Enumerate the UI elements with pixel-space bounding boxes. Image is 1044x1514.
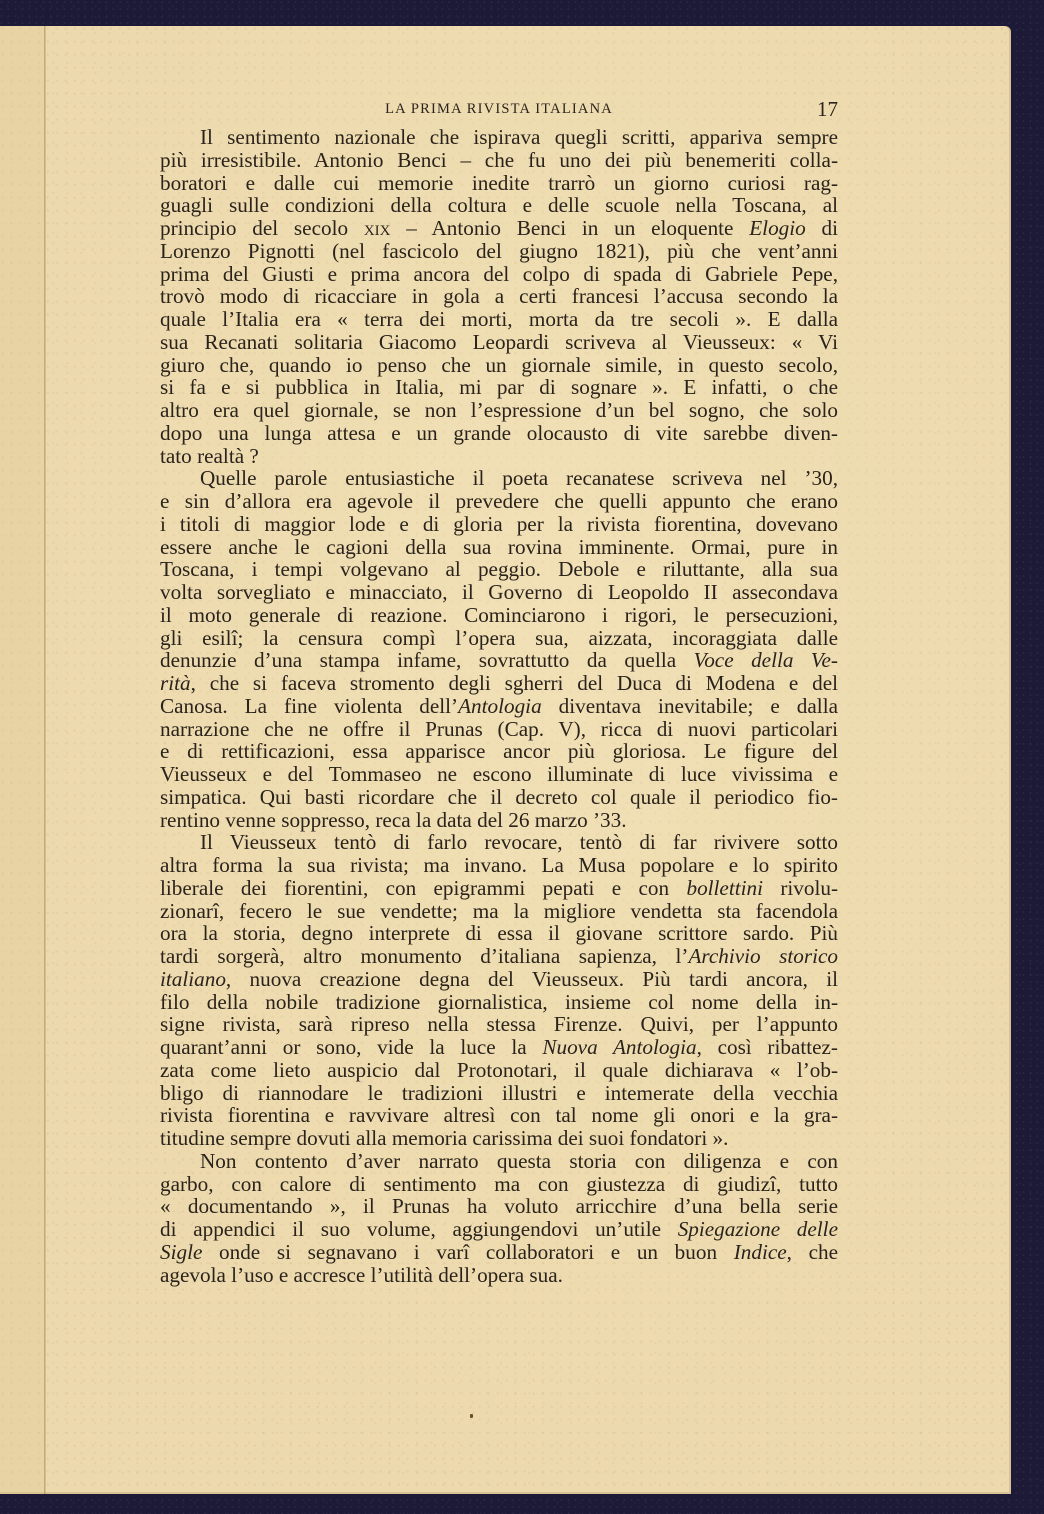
text-segment: Non contento d’aver narrato questa stori… — [200, 1149, 838, 1173]
text-segment: quarant’anni or sono, vide la luce la — [160, 1035, 542, 1059]
text-segment: boratori e dalle cui memorie inedite tra… — [160, 171, 838, 195]
text-line: signe rivista, sarà ripreso nella stessa… — [160, 1013, 838, 1036]
text-segment: rivista fiorentina e ravvivare altresì c… — [160, 1103, 838, 1127]
text-line: di appendici il suo volume, aggiungendov… — [160, 1218, 838, 1241]
text-segment: più irresistibile. Antonio Benci – che f… — [160, 148, 838, 172]
text-segment: gli esilî; la censura compì l’opera sua,… — [160, 626, 838, 650]
text-line: italiano, nuova creazione degna del Vieu… — [160, 968, 838, 991]
text-segment: quale l’Italia era « terra dei morti, mo… — [160, 307, 838, 331]
text-segment: bligo di riannodare le tradizioni illust… — [160, 1081, 838, 1105]
text-line: tato realtà ? — [160, 445, 838, 468]
italic-text: italiano — [160, 967, 226, 991]
text-line: Lorenzo Pignotti (nel fascicolo del giug… — [160, 240, 838, 263]
text-segment: « documentando », il Prunas ha voluto ar… — [160, 1194, 838, 1218]
text-line: quale l’Italia era « terra dei morti, mo… — [160, 308, 838, 331]
ink-speck — [470, 1414, 473, 1418]
running-head: LA PRIMA RIVISTA ITALIANA 17 — [160, 95, 838, 125]
text-line: Il sentimento nazionale che ispirava que… — [160, 126, 838, 149]
text-line: narrazione che ne offre il Prunas (Cap. … — [160, 718, 838, 741]
text-segment: rentino venne soppresso, reca la data de… — [160, 808, 627, 832]
text-line: gli esilî; la censura compì l’opera sua,… — [160, 627, 838, 650]
text-segment: Vieusseux e del Tommaseo ne escono illum… — [160, 762, 838, 786]
text-line: dopo una lunga attesa e un grande olocau… — [160, 422, 838, 445]
text-line: tardi sorgerà, altro monumento d’italian… — [160, 945, 838, 968]
paragraph: Il sentimento nazionale che ispirava que… — [160, 126, 838, 467]
text-line: Quelle parole entusiastiche il poeta rec… — [160, 467, 838, 490]
text-segment: liberale dei fiorentini, con epigrammi p… — [160, 876, 686, 900]
text-segment: principio del secolo — [160, 216, 364, 240]
text-segment: , che si faceva stromento degli sgherri … — [191, 671, 838, 695]
text-segment: denunzie d’una stampa infame, sovrattutt… — [160, 648, 694, 672]
text-line: rivista fiorentina e ravvivare altresì c… — [160, 1104, 838, 1127]
text-segment: zionarî, fecero le sue vendette; ma la m… — [160, 899, 838, 923]
text-segment: e sin d’allora era agevole il prevedere … — [160, 489, 838, 513]
italic-text: Indice — [734, 1240, 787, 1264]
text-segment: essere anche le cagioni della sua rovina… — [160, 535, 838, 559]
text-segment: onde si segnavano i varî collaboratori e… — [202, 1240, 733, 1264]
italic-text: Archivio storico — [688, 944, 838, 968]
italic-text: Spiegazione delle — [678, 1217, 838, 1241]
text-line: « documentando », il Prunas ha voluto ar… — [160, 1195, 838, 1218]
text-segment: Toscana, i tempi volgevano al peggio. De… — [160, 557, 838, 581]
italic-text: Antologia — [458, 694, 542, 718]
text-segment: di appendici il suo volume, aggiungendov… — [160, 1217, 678, 1241]
text-segment: , nuova creazione degna del Vieusseux. P… — [226, 967, 838, 991]
text-segment: narrazione che ne offre il Prunas (Cap. … — [160, 717, 838, 741]
text-segment: il moto generale di reazione. Cominciaro… — [160, 603, 838, 627]
text-line: il moto generale di reazione. Cominciaro… — [160, 604, 838, 627]
text-line: giuro che, quando io penso che un giorna… — [160, 354, 838, 377]
italic-text: Voce della Ve- — [694, 648, 838, 672]
text-segment: altra forma la sua rivista; ma invano. L… — [160, 853, 838, 877]
italic-text: bollettini — [686, 876, 763, 900]
text-segment: tardi sorgerà, altro monumento d’italian… — [160, 944, 688, 968]
text-segment: agevola l’uso e accresce l’utilità dell’… — [160, 1263, 563, 1287]
text-line: sua Recanati solitaria Giacomo Leopardi … — [160, 331, 838, 354]
text-segment: , così ribattez- — [697, 1035, 838, 1059]
text-line: e di rettificazioni, essa apparisce anco… — [160, 740, 838, 763]
text-line: bligo di riannodare le tradizioni illust… — [160, 1082, 838, 1105]
text-line: liberale dei fiorentini, con epigrammi p… — [160, 877, 838, 900]
text-segment: diventava inevitabile; e dalla — [542, 694, 838, 718]
text-segment: titudine sempre dovuti alla memoria cari… — [160, 1126, 728, 1150]
text-segment: e di rettificazioni, essa apparisce anco… — [160, 739, 838, 763]
italic-text: Nuova Antologia — [542, 1035, 696, 1059]
text-line: boratori e dalle cui memorie inedite tra… — [160, 172, 838, 195]
text-line: filo della nobile tradizione giornalisti… — [160, 991, 838, 1014]
text-segment: , che — [787, 1240, 838, 1264]
text-line: zata come lieto auspicio dal Protonotari… — [160, 1059, 838, 1082]
text-segment: – Antonio Benci in un eloquente — [391, 216, 750, 240]
text-line: rità, che si faceva stromento degli sghe… — [160, 672, 838, 695]
italic-text: Sigle — [160, 1240, 202, 1264]
text-line: guagli sulle condizioni della coltura e … — [160, 194, 838, 217]
text-segment: garbo, con calore di sentimento ma con g… — [160, 1172, 838, 1196]
text-line: essere anche le cagioni della sua rovina… — [160, 536, 838, 559]
text-line: agevola l’uso e accresce l’utilità dell’… — [160, 1264, 838, 1287]
paragraph: Non contento d’aver narrato questa stori… — [160, 1150, 838, 1287]
text-line: si fa e si pubblica in Italia, mi par di… — [160, 376, 838, 399]
text-line: denunzie d’una stampa infame, sovrattutt… — [160, 649, 838, 672]
text-segment: sua Recanati solitaria Giacomo Leopardi … — [160, 330, 838, 354]
text-line: volta sorvegliato e minacciato, il Gover… — [160, 581, 838, 604]
text-line: trovò modo di ricacciare in gola a certi… — [160, 285, 838, 308]
text-line: Toscana, i tempi volgevano al peggio. De… — [160, 558, 838, 581]
paragraph: Il Vieusseux tentò di farlo revocare, te… — [160, 831, 838, 1150]
text-segment: tato realtà ? — [160, 444, 259, 468]
text-segment: giuro che, quando io penso che un giorna… — [160, 353, 838, 377]
italic-text: Elogio — [749, 216, 806, 240]
text-line: zionarî, fecero le sue vendette; ma la m… — [160, 900, 838, 923]
text-segment: i titoli di maggior lode e di gloria per… — [160, 512, 838, 536]
text-line: e sin d’allora era agevole il prevedere … — [160, 490, 838, 513]
text-line: altra forma la sua rivista; ma invano. L… — [160, 854, 838, 877]
text-segment: filo della nobile tradizione giornalisti… — [160, 990, 838, 1014]
text-segment: Canosa. La fine violenta dell’ — [160, 694, 458, 718]
text-segment: signe rivista, sarà ripreso nella stessa… — [160, 1012, 838, 1036]
text-segment: guagli sulle condizioni della coltura e … — [160, 193, 838, 217]
text-segment: di — [806, 216, 838, 240]
text-segment: volta sorvegliato e minacciato, il Gover… — [160, 580, 838, 604]
italic-text: rità — [160, 671, 191, 695]
text-line: Il Vieusseux tentò di farlo revocare, te… — [160, 831, 838, 854]
page-number: 17 — [817, 97, 838, 122]
text-line: Non contento d’aver narrato questa stori… — [160, 1150, 838, 1173]
text-segment: zata come lieto auspicio dal Protonotari… — [160, 1058, 838, 1082]
text-line: garbo, con calore di sentimento ma con g… — [160, 1173, 838, 1196]
body-text: Il sentimento nazionale che ispirava que… — [160, 126, 838, 1286]
text-line: quarant’anni or sono, vide la luce la Nu… — [160, 1036, 838, 1059]
text-segment: Il Vieusseux tentò di farlo revocare, te… — [200, 830, 838, 854]
text-segment: Quelle parole entusiastiche il poeta rec… — [200, 466, 838, 490]
text-line: Vieusseux e del Tommaseo ne escono illum… — [160, 763, 838, 786]
text-segment: dopo una lunga attesa e un grande olocau… — [160, 421, 838, 445]
text-segment: prima del Giusti e prima ancora del colp… — [160, 262, 838, 286]
text-segment: simpatica. Qui basti ricordare che il de… — [160, 785, 838, 809]
text-line: rentino venne soppresso, reca la data de… — [160, 809, 838, 832]
paragraph: Quelle parole entusiastiche il poeta rec… — [160, 467, 838, 831]
text-line: altro era quel giornale, se non l’espres… — [160, 399, 838, 422]
facing-page-edge — [0, 26, 44, 1494]
text-segment: si fa e si pubblica in Italia, mi par di… — [160, 375, 838, 399]
text-segment: altro era quel giornale, se non l’espres… — [160, 398, 838, 422]
running-title: LA PRIMA RIVISTA ITALIANA — [160, 101, 838, 118]
text-line: prima del Giusti e prima ancora del colp… — [160, 263, 838, 286]
text-line: i titoli di maggior lode e di gloria per… — [160, 513, 838, 536]
text-segment: ora la storia, degno interprete di essa … — [160, 921, 838, 945]
text-segment: Il sentimento nazionale che ispirava que… — [200, 125, 838, 149]
page-fold — [44, 26, 46, 1494]
text-line: Canosa. La fine violenta dell’Antologia … — [160, 695, 838, 718]
text-line: più irresistibile. Antonio Benci – che f… — [160, 149, 838, 172]
text-line: titudine sempre dovuti alla memoria cari… — [160, 1127, 838, 1150]
text-segment: Lorenzo Pignotti (nel fascicolo del giug… — [160, 239, 838, 263]
text-line: simpatica. Qui basti ricordare che il de… — [160, 786, 838, 809]
text-segment: trovò modo di ricacciare in gola a certi… — [160, 284, 838, 308]
text-segment: xix — [364, 216, 391, 240]
text-line: Sigle onde si segnavano i varî collabora… — [160, 1241, 838, 1264]
text-line: principio del secolo xix – Antonio Benci… — [160, 217, 838, 240]
text-line: ora la storia, degno interprete di essa … — [160, 922, 838, 945]
text-segment: rivolu- — [763, 876, 838, 900]
